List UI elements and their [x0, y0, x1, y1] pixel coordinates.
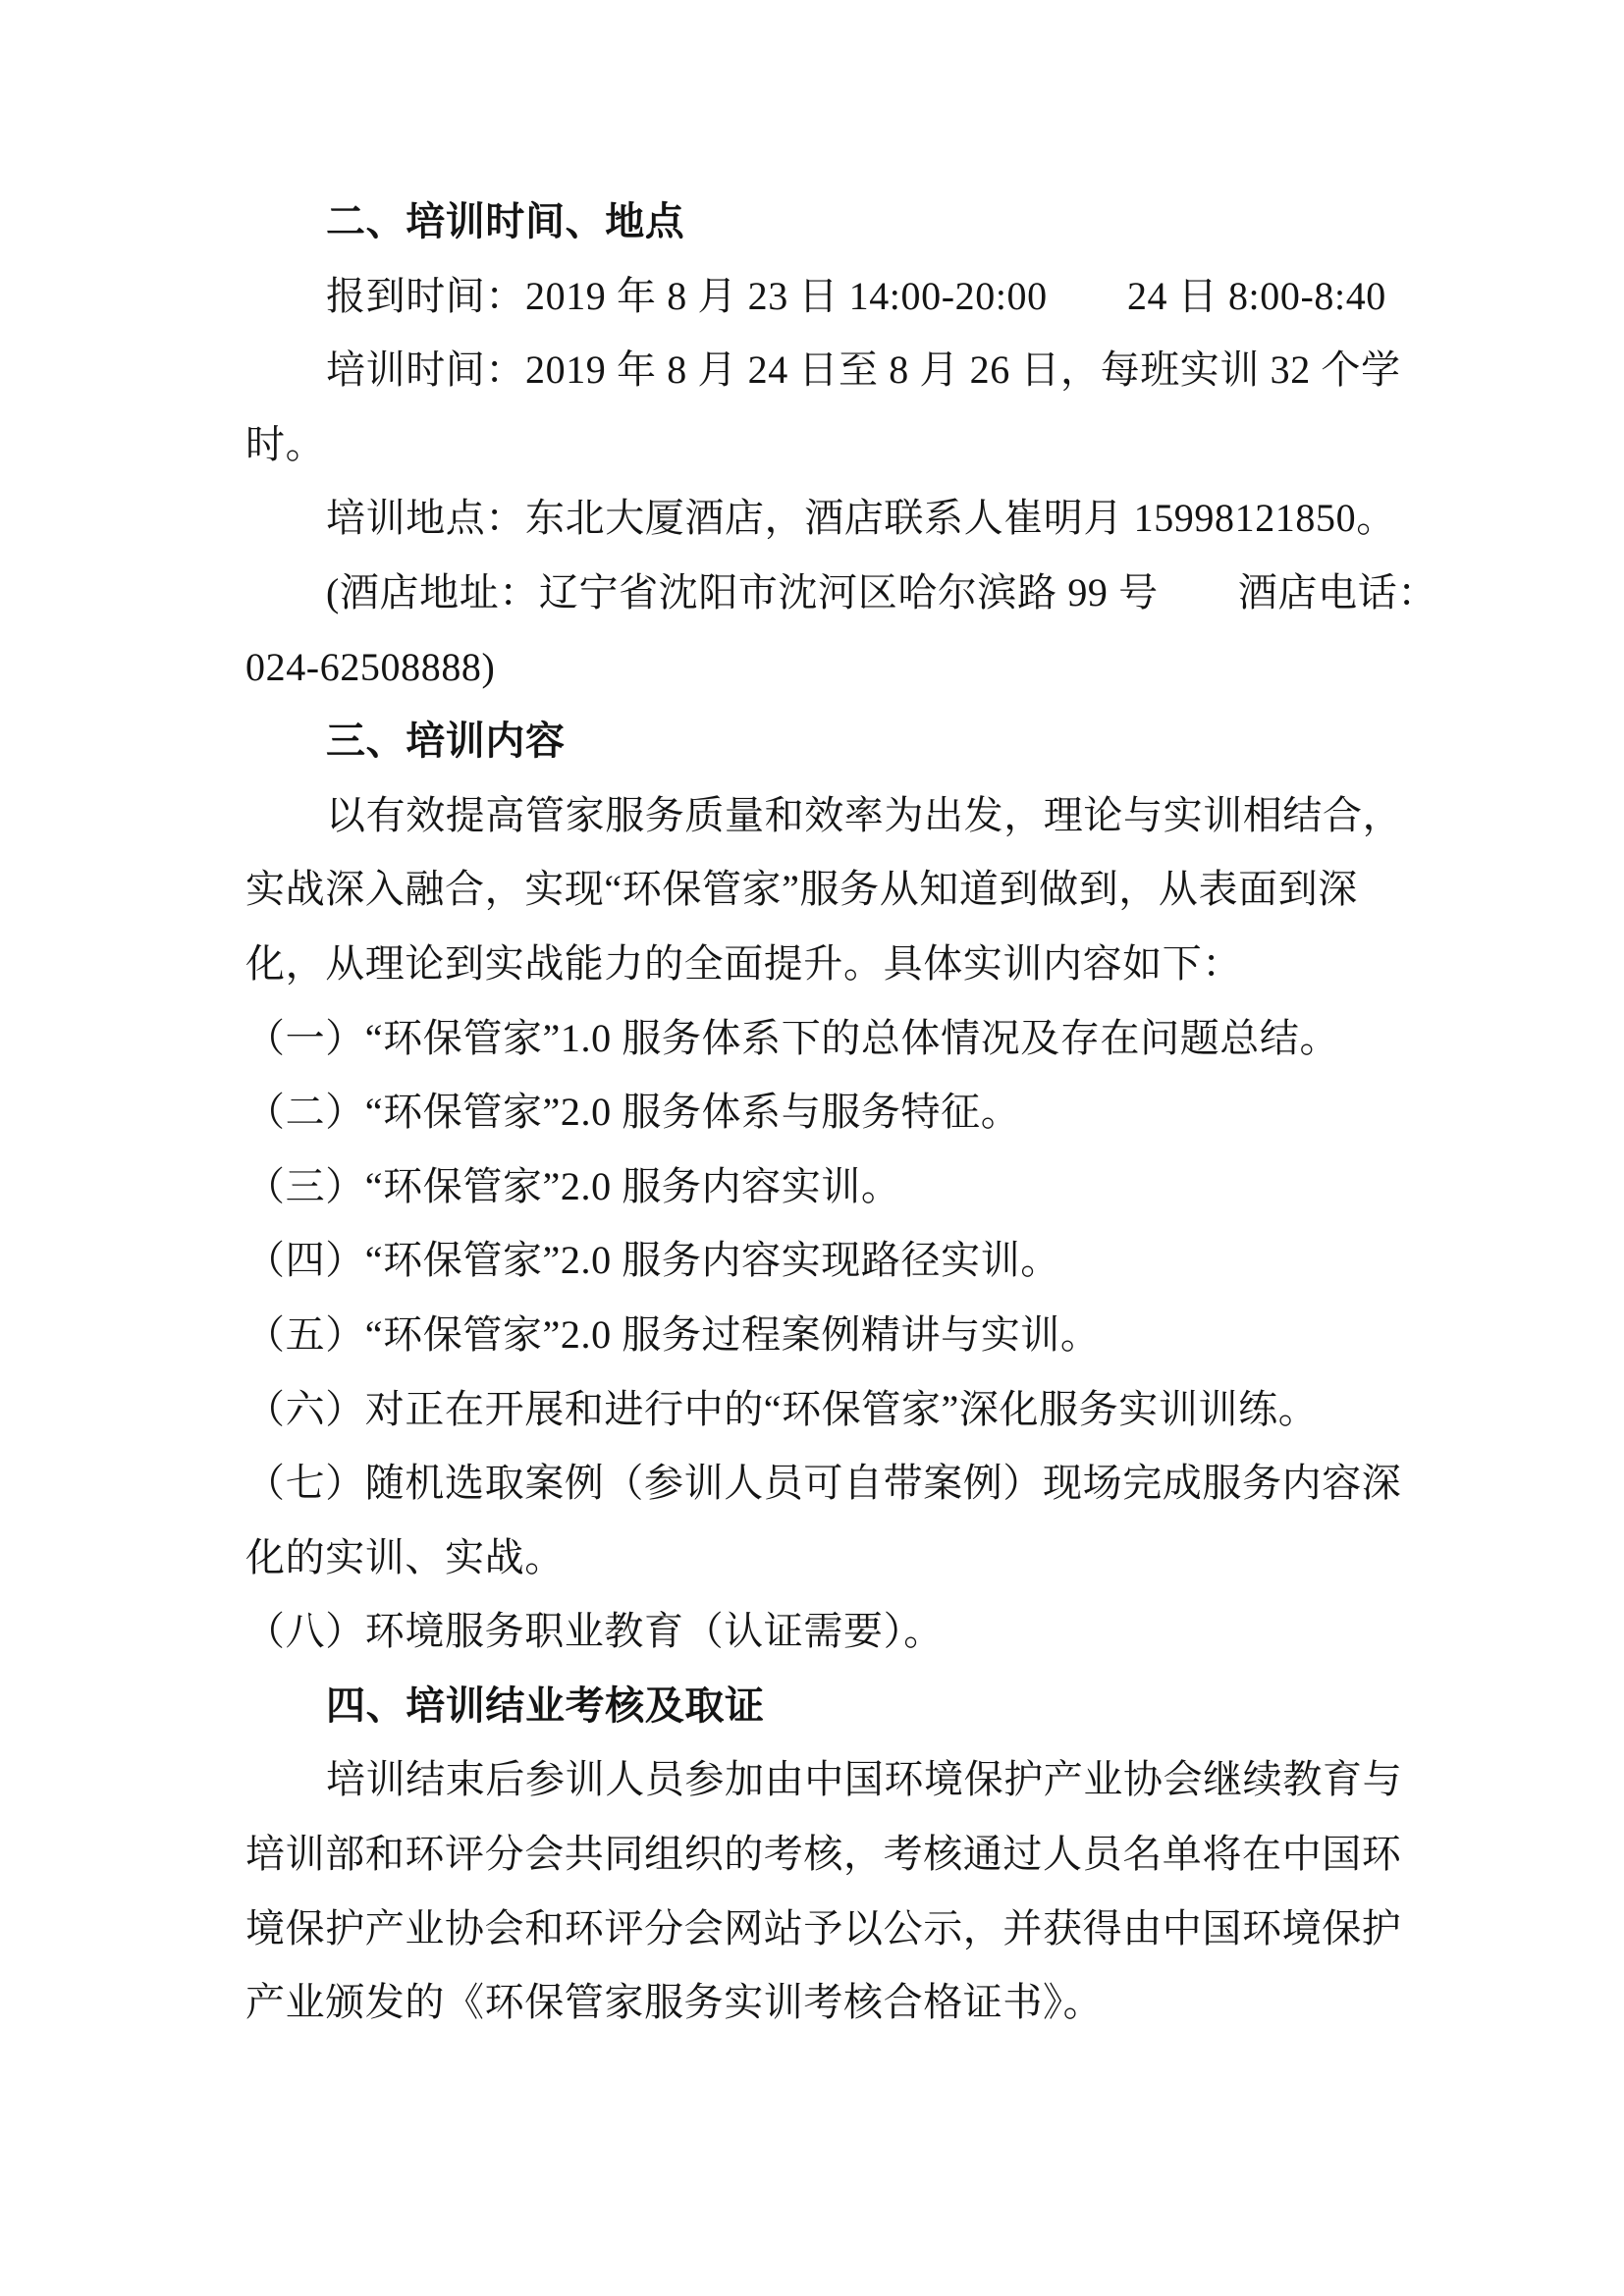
text-line: 实战深入融合，实现“环保管家”服务从知道到做到，从表面到深 [245, 852, 1463, 927]
text-line: （四）“环保管家”2.0 服务内容实现路径实训。 [245, 1223, 1463, 1298]
text-line: 报到时间：2019 年 8 月 23 日 14:00-20:00 24 日 8:… [245, 259, 1463, 334]
text-line: 产业颁发的《环保管家服务实训考核合格证书》。 [245, 1965, 1463, 2040]
section-heading: 三、培训内容 [245, 704, 1463, 778]
document-text-block: 二、培训时间、地点报到时间：2019 年 8 月 23 日 14:00-20:0… [245, 185, 1463, 2040]
text-line: 时。 [245, 407, 1463, 482]
section-heading: 四、培训结业考核及取证 [245, 1669, 1463, 1743]
text-line: （六）对正在开展和进行中的“环保管家”深化服务实训训练。 [245, 1372, 1463, 1447]
document-page: 二、培训时间、地点报到时间：2019 年 8 月 23 日 14:00-20:0… [0, 0, 1624, 2296]
text-line: 024-62508888) [245, 630, 1463, 705]
text-line: 以有效提高管家服务质量和效率为出发，理论与实训相结合， [245, 778, 1463, 853]
text-line: （七）随机选取案例（参训人员可自带案例）现场完成服务内容深 [245, 1446, 1463, 1521]
text-line: （一）“环保管家”1.0 服务体系下的总体情况及存在问题总结。 [245, 1001, 1463, 1076]
text-line: （五）“环保管家”2.0 服务过程案例精讲与实训。 [245, 1298, 1463, 1372]
text-line: （八）环境服务职业教育（认证需要）。 [245, 1594, 1463, 1669]
text-line: 境保护产业协会和环评分会网站予以公示，并获得由中国环境保护 [245, 1892, 1463, 1966]
text-line: 培训地点：东北大厦酒店，酒店联系人崔明月 15998121850。 [245, 481, 1463, 556]
text-line: 化，从理论到实战能力的全面提升。具体实训内容如下： [245, 927, 1463, 1001]
text-line: （三）“环保管家”2.0 服务内容实训。 [245, 1149, 1463, 1224]
text-line: (酒店地址：辽宁省沈阳市沈河区哈尔滨路 99 号 酒店电话： [245, 556, 1463, 630]
section-heading: 二、培训时间、地点 [245, 185, 1463, 259]
text-line: 化的实训、实战。 [245, 1521, 1463, 1595]
text-line: 培训部和环评分会共同组织的考核，考核通过人员名单将在中国环 [245, 1817, 1463, 1892]
text-line: 培训时间：2019 年 8 月 24 日至 8 月 26 日，每班实训 32 个… [245, 333, 1463, 407]
text-line: （二）“环保管家”2.0 服务体系与服务特征。 [245, 1075, 1463, 1149]
text-line: 培训结束后参训人员参加由中国环境保护产业协会继续教育与 [245, 1742, 1463, 1817]
